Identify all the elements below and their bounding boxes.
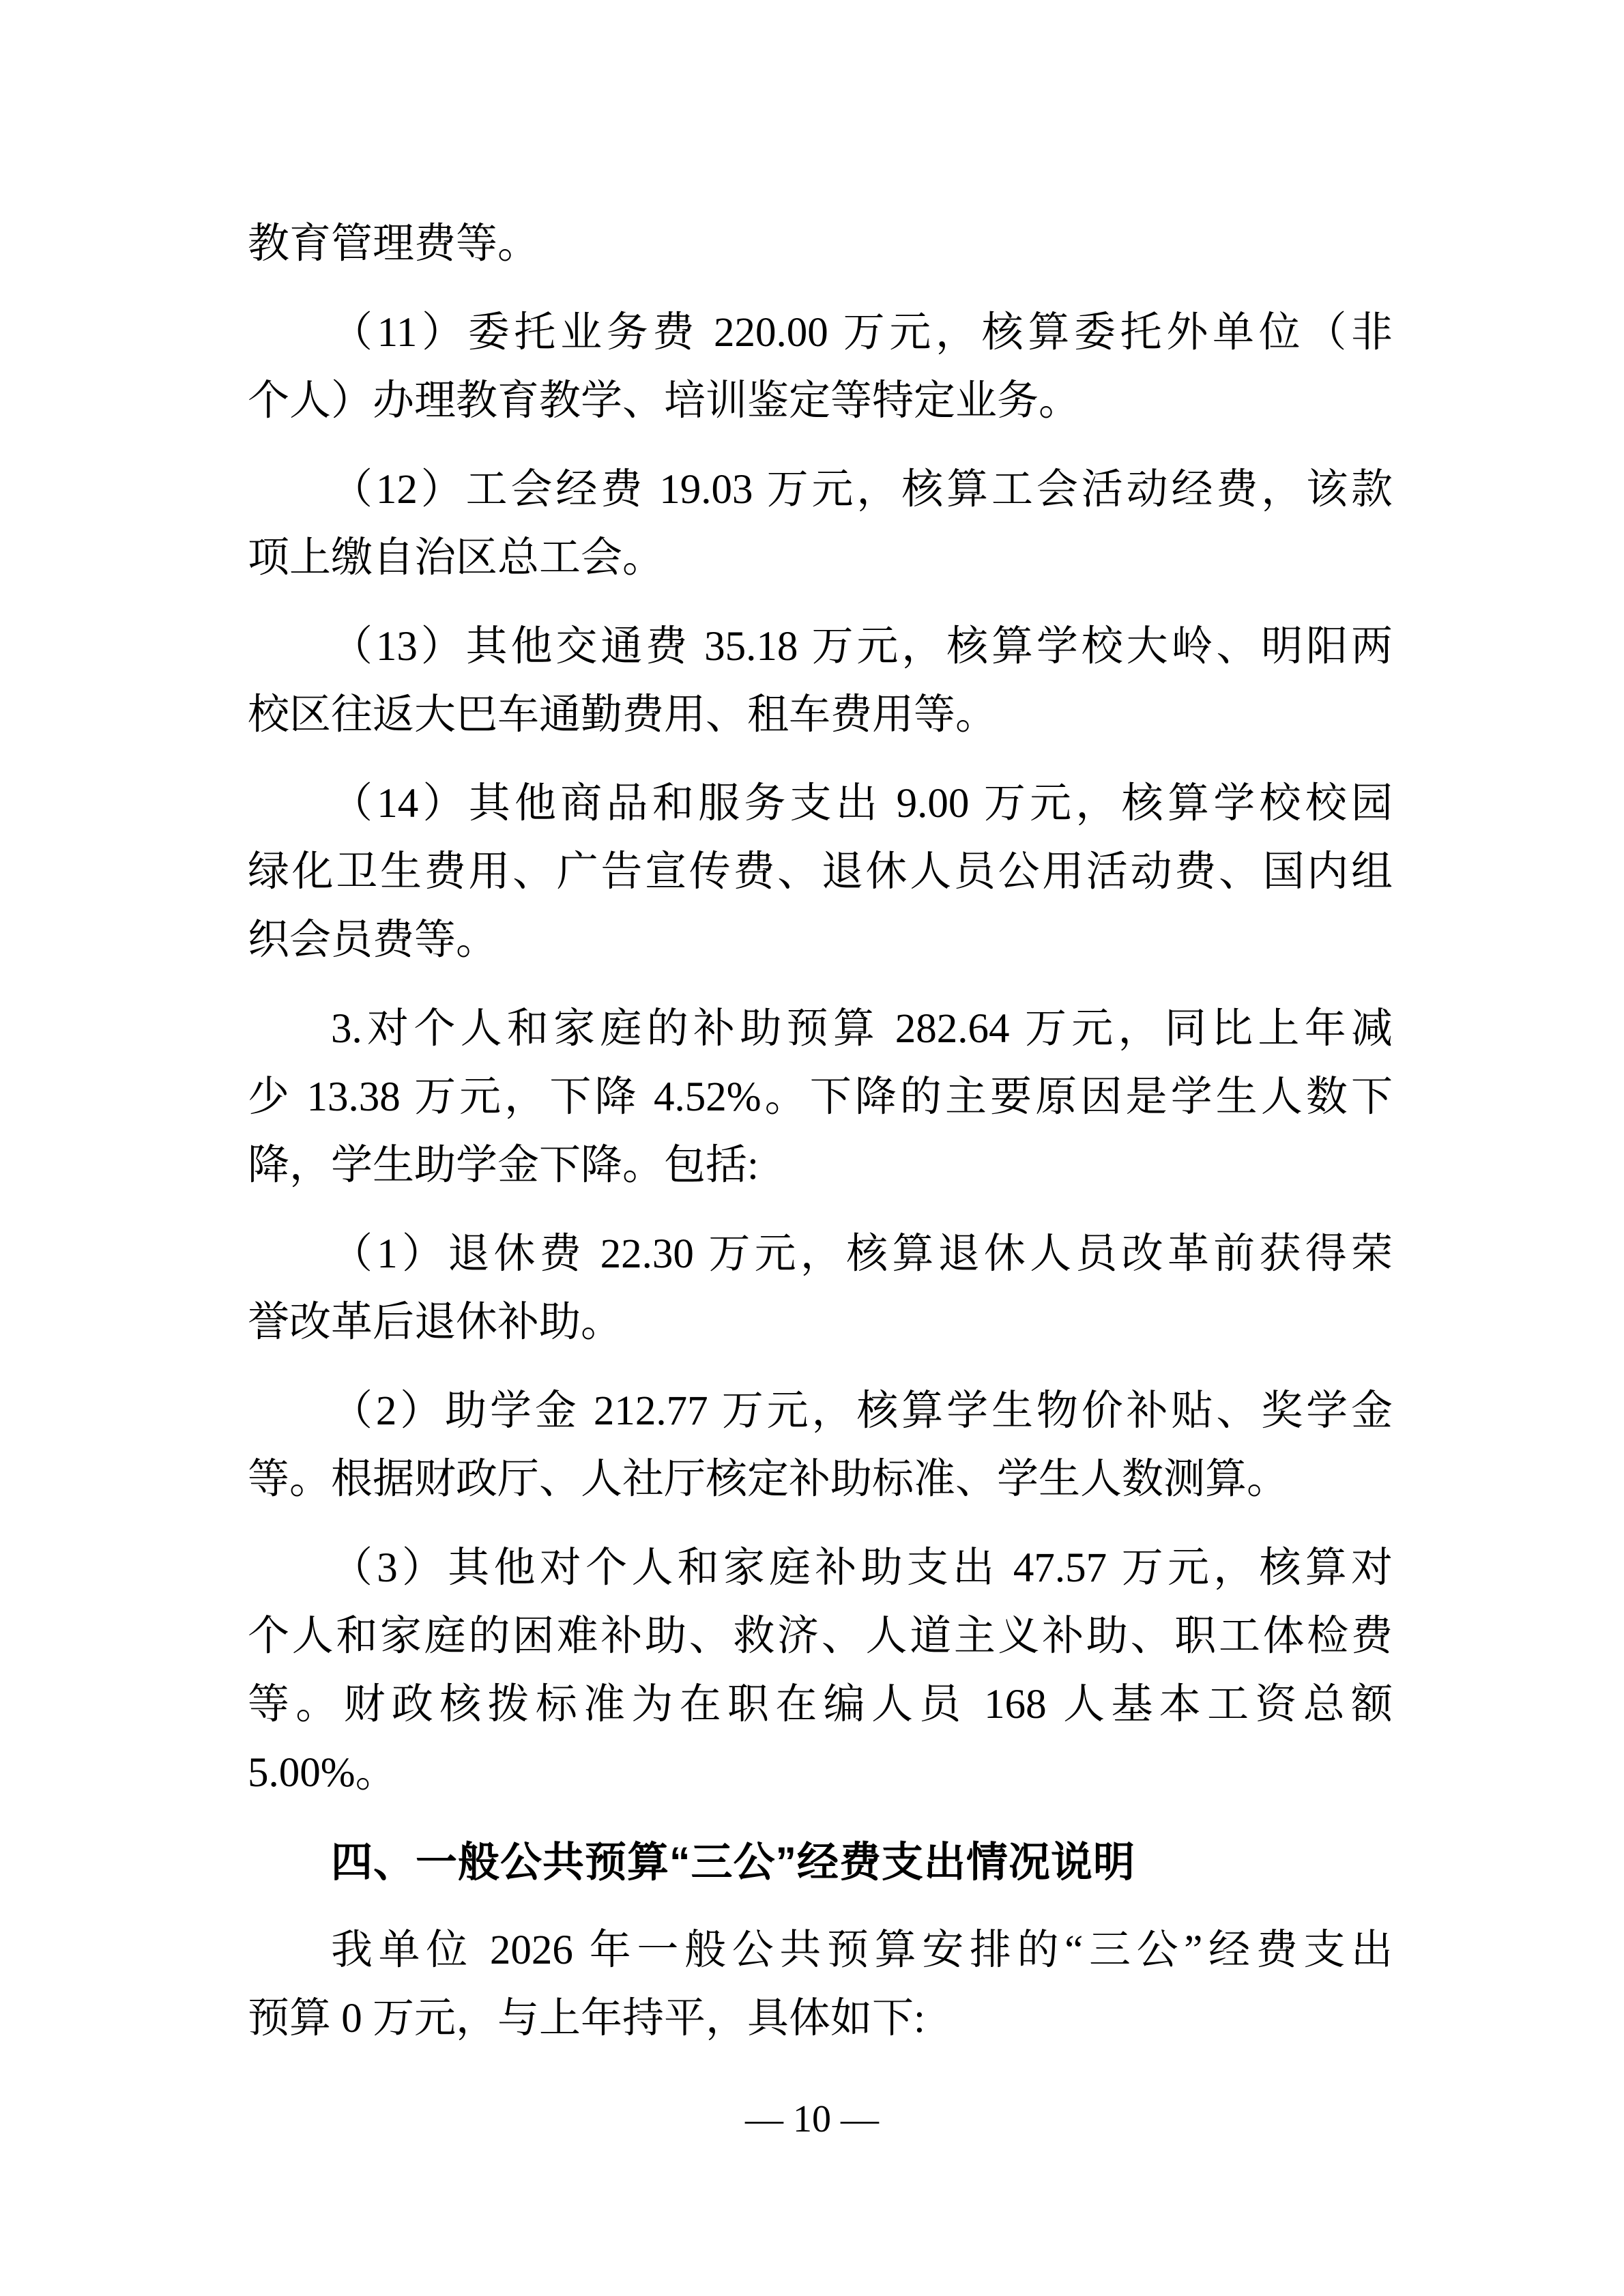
text-line: （3）其他对个人和家庭补助支出 47.57 万元，核算对: [248, 1534, 1393, 1603]
text-line: 绿化卫生费用、广告宣传费、退休人员公用活动费、国内组: [248, 838, 1393, 906]
text-line: （11）委托业务费 220.00 万元，核算委托外单位（非: [248, 299, 1393, 367]
text-line: 等。根据财政厅、人社厅核定补助标准、学生人数测算。: [248, 1446, 1393, 1514]
paragraph-item-1: （1）退休费 22.30 万元，核算退休人员改革前获得荣 誉改革后退休补助。: [248, 1220, 1393, 1357]
paragraph-subsection-3: 3.对个人和家庭的补助预算 282.64 万元，同比上年减 少 13.38 万元…: [248, 995, 1393, 1200]
text-line: 校区往返大巴车通勤费用、租车费用等。: [248, 681, 1393, 749]
section-heading-text: 四、一般公共预算“三公”经费支出情况说明: [248, 1828, 1393, 1896]
paragraph-item-11: （11）委托业务费 220.00 万元，核算委托外单位（非 个人）办理教育教学、…: [248, 299, 1393, 435]
document-page: 教育管理费等。 （11）委托业务费 220.00 万元，核算委托外单位（非 个人…: [0, 0, 1624, 2296]
text-line: （13）其他交通费 35.18 万元，核算学校大岭、明阳两: [248, 613, 1393, 681]
text-line: 织会员费等。: [248, 906, 1393, 975]
paragraph-item-2: （2）助学金 212.77 万元，核算学生物价补贴、奖学金 等。根据财政厅、人社…: [248, 1377, 1393, 1514]
text-line: 个人和家庭的困难补助、救济、人道主义补助、职工体检费: [248, 1603, 1393, 1671]
paragraph-closing: 我单位 2026 年一般公共预算安排的“三公”经费支出 预算 0 万元，与上年持…: [248, 1917, 1393, 2053]
text-line: 誉改革后退休补助。: [248, 1289, 1393, 1357]
text-line: 个人）办理教育教学、培训鉴定等特定业务。: [248, 367, 1393, 435]
page-number: — 10 —: [745, 2098, 879, 2140]
paragraph-item-3: （3）其他对个人和家庭补助支出 47.57 万元，核算对 个人和家庭的困难补助、…: [248, 1534, 1393, 1807]
text-line: （14）其他商品和服务支出 9.00 万元，核算学校校园: [248, 770, 1393, 838]
text-line: 我单位 2026 年一般公共预算安排的“三公”经费支出: [248, 1917, 1393, 1985]
paragraph-continued-from-previous-page: 教育管理费等。: [248, 210, 1393, 278]
text-line: （12）工会经费 19.03 万元，核算工会活动经费，该款: [248, 456, 1393, 524]
paragraph-item-12: （12）工会经费 19.03 万元，核算工会活动经费，该款 项上缴自治区总工会。: [248, 456, 1393, 592]
paragraph-item-13: （13）其他交通费 35.18 万元，核算学校大岭、明阳两 校区往返大巴车通勤费…: [248, 613, 1393, 749]
text-line: 降，学生助学金下降。包括:: [248, 1132, 1393, 1200]
text-line: 3.对个人和家庭的补助预算 282.64 万元，同比上年减: [248, 995, 1393, 1063]
text-line: （2）助学金 212.77 万元，核算学生物价补贴、奖学金: [248, 1377, 1393, 1446]
text-line: 少 13.38 万元，下降 4.52%。下降的主要原因是学生人数下: [248, 1063, 1393, 1132]
page-body-text: 教育管理费等。 （11）委托业务费 220.00 万元，核算委托外单位（非 个人…: [248, 210, 1393, 2053]
text-line: 项上缴自治区总工会。: [248, 524, 1393, 592]
text-line: （1）退休费 22.30 万元，核算退休人员改革前获得荣: [248, 1220, 1393, 1289]
page-footer: — 10 —: [0, 2085, 1624, 2153]
text-line: 预算 0 万元，与上年持平，具体如下:: [248, 1985, 1393, 2053]
text-line: 教育管理费等。: [248, 210, 1393, 278]
section-heading-three-public-expenses: 四、一般公共预算“三公”经费支出情况说明: [248, 1828, 1393, 1896]
text-line: 5.00%。: [248, 1739, 1393, 1807]
text-line: 等。财政核拨标准为在职在编人员 168 人基本工资总额: [248, 1671, 1393, 1739]
paragraph-item-14: （14）其他商品和服务支出 9.00 万元，核算学校校园 绿化卫生费用、广告宣传…: [248, 770, 1393, 975]
